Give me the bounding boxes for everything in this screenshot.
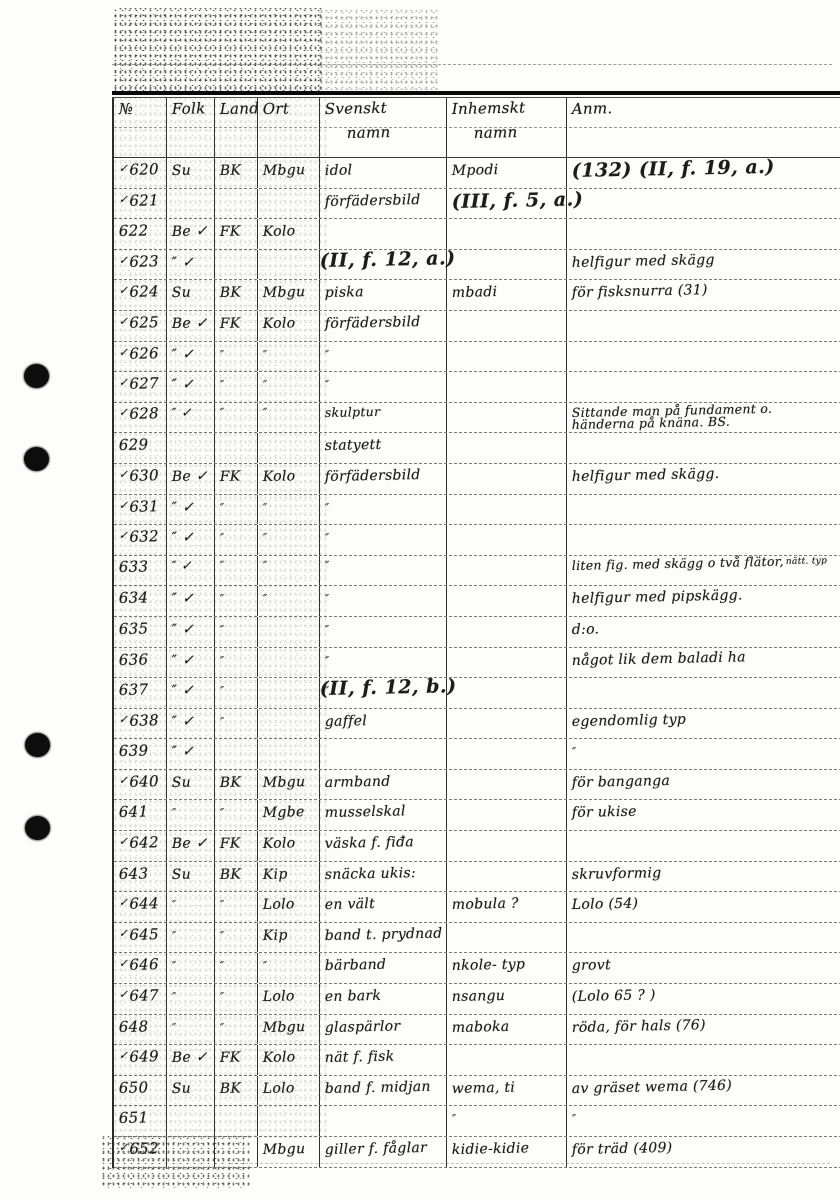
ort-text: Kip <box>263 866 288 883</box>
sv-cell: en bark <box>320 984 447 1014</box>
ort-text: Kolo <box>263 835 296 852</box>
sv-cell <box>320 219 447 249</box>
folk-text: ″ ✓ <box>172 377 195 393</box>
land-cell: FK <box>215 1045 258 1075</box>
folk-cell: ″ ✓ <box>167 648 215 678</box>
sv-cell: förfädersbild <box>320 311 447 341</box>
ort-text: Kolo <box>263 468 296 485</box>
folk-cell: Be ✓ <box>167 311 215 341</box>
ort-cell: Kip <box>258 923 320 953</box>
table-row-652: ✓652Mbgugiller f. fåglarkidie-kidieför t… <box>114 1137 840 1168</box>
anm-cell: ″ <box>567 1106 837 1136</box>
ort-cell <box>258 648 320 678</box>
sv-text: ″ <box>325 558 330 573</box>
item-number-cell: ✓620 <box>114 158 167 188</box>
inh-cell <box>447 342 567 372</box>
folk-cell: Be ✓ <box>167 831 215 861</box>
land-cell: ″ <box>215 556 258 586</box>
folk-cell: ″ <box>167 1015 215 1045</box>
item-number: 636 <box>119 650 149 669</box>
anm-text: (132) (II, f. 19, a.) <box>572 156 775 182</box>
sv-text: ″ <box>325 347 330 361</box>
land-text: ″ <box>220 959 225 973</box>
item-number: 626 <box>129 344 159 363</box>
item-number: 649 <box>129 1047 159 1066</box>
ort-text: ″ <box>263 531 268 545</box>
folk-cell: ″ ✓ <box>167 586 215 616</box>
table-row-635: 635″ ✓″″d:o. <box>114 617 840 648</box>
column-header-: № <box>114 98 167 157</box>
land-cell: ″ <box>215 953 258 983</box>
table-row-633: 633″ ✓″″″liten fig. med skägg o två flät… <box>114 556 840 587</box>
column-header-label: № <box>119 100 134 118</box>
folk-text: Be ✓ <box>172 315 208 332</box>
inh-cell <box>447 709 567 739</box>
checkmark-icon: ✓ <box>119 192 129 205</box>
item-number-cell: ✓624 <box>114 280 167 310</box>
table-body: ✓620SuBKMbguidolMpodi(132) (II, f. 19, a… <box>114 158 840 1168</box>
folk-cell: ″ <box>167 892 215 922</box>
land-cell: ″ <box>215 678 258 708</box>
land-cell: BK <box>215 862 258 892</box>
anm-text: skruvformig <box>572 865 662 883</box>
anm-cell <box>567 311 837 341</box>
checkmark-icon: ✓ <box>119 957 129 970</box>
sv-cell: väska f. fiđa <box>320 831 447 861</box>
table-row-640: ✓640SuBKMbguarmbandför banganga <box>114 770 840 801</box>
item-number: 639 <box>119 742 149 761</box>
anm-cell <box>567 525 837 555</box>
inh-cell <box>447 648 567 678</box>
item-number-cell: ✓638 <box>114 709 167 739</box>
ort-cell: Kolo <box>258 311 320 341</box>
sv-cell <box>320 1106 447 1136</box>
inh-text: nsangu <box>452 988 506 1005</box>
land-cell: ″ <box>215 372 258 402</box>
item-number: 623 <box>129 252 159 271</box>
folk-cell: ″ <box>167 800 215 830</box>
inh-text: kidie-kidie <box>452 1140 530 1158</box>
inh-cell <box>447 586 567 616</box>
scan-noise-top-right <box>318 10 438 90</box>
table-row-626: ✓626″ ✓″″″ <box>114 342 840 373</box>
ort-cell: Kip <box>258 862 320 892</box>
item-number-cell: 648 <box>114 1015 167 1045</box>
ort-text: ″ <box>263 500 268 514</box>
item-number-cell: ✓626 <box>114 342 167 372</box>
anm-cell <box>567 831 837 861</box>
item-number-cell: 635 <box>114 617 167 647</box>
ort-text: Mbgu <box>263 774 306 791</box>
inh-cell <box>447 923 567 953</box>
sv-cell: ″ <box>320 525 447 555</box>
ort-cell: Mgbe <box>258 800 320 830</box>
sv-cell: piska <box>320 280 447 310</box>
anm-cell <box>567 1045 837 1075</box>
anm-cell <box>567 219 837 249</box>
land-cell: ″ <box>215 709 258 739</box>
folk-text: ″ ✓ <box>172 621 195 637</box>
ort-cell: Kolo <box>258 219 320 249</box>
folk-cell: ″ ✓ <box>167 617 215 647</box>
folk-text: Su <box>172 163 192 179</box>
anm-cell: röda, för hals (76) <box>567 1015 837 1045</box>
anm-cell: grovt <box>567 953 837 983</box>
ort-cell <box>258 709 320 739</box>
anm-text: liten fig. med skägg o två flätor, <box>572 553 784 572</box>
land-cell <box>215 1137 258 1167</box>
folk-cell: Be ✓ <box>167 464 215 494</box>
item-number-cell: ✓640 <box>114 770 167 800</box>
column-header-label2: namn <box>347 122 443 142</box>
folk-text: Be ✓ <box>172 835 208 852</box>
sv-text: ″ <box>325 378 330 392</box>
column-header-label: Ort <box>263 99 290 118</box>
table-row-620: ✓620SuBKMbguidolMpodi(132) (II, f. 19, a… <box>114 158 840 189</box>
folk-cell: ″ ✓ <box>167 495 215 525</box>
sv-cell: förfädersbild <box>320 464 447 494</box>
checkmark-icon: ✓ <box>119 1141 129 1154</box>
item-number: 648 <box>119 1017 149 1036</box>
folk-cell: Su <box>167 1076 215 1106</box>
sv-cell: ″ <box>320 648 447 678</box>
anm-cell <box>567 189 837 219</box>
item-number: 638 <box>129 711 159 730</box>
folk-text: ″ <box>172 806 177 820</box>
folk-text: ″ ✓ <box>172 404 192 419</box>
anm-cell: egendomlig typ <box>567 709 837 739</box>
anm-text: grovt <box>572 958 611 975</box>
column-header-folk: Folk <box>167 98 215 157</box>
ort-text: Kip <box>263 927 288 944</box>
ort-text: Mbgu <box>263 1141 306 1158</box>
anm-text: för banganga <box>572 773 671 791</box>
ort-cell: ″ <box>258 556 320 586</box>
sv-text: band t. prydnad <box>325 925 443 943</box>
folk-cell: Be ✓ <box>167 219 215 249</box>
ort-text: Kolo <box>263 315 296 332</box>
inh-cell <box>447 770 567 800</box>
checkmark-icon: ✓ <box>119 468 129 481</box>
folk-cell: ″ ✓ <box>167 372 215 402</box>
sv-text: idol <box>325 162 353 179</box>
land-text: ″ <box>220 990 225 1004</box>
anm-text: helfigur med pipskägg. <box>572 588 743 608</box>
sv-cell: snäcka ukis: <box>320 862 447 892</box>
land-text: FK <box>220 316 241 332</box>
sv-cell: armband <box>320 770 447 800</box>
sv-text: ″ <box>325 592 330 606</box>
land-cell: FK <box>215 311 258 341</box>
item-number: 647 <box>129 986 159 1005</box>
land-text: ″ <box>220 347 225 361</box>
sv-text: ″ <box>325 653 330 667</box>
inh-cell: ″ <box>447 1106 567 1136</box>
inh-cell <box>447 617 567 647</box>
item-number-cell: ✓630 <box>114 464 167 494</box>
folk-text: ″ <box>172 929 177 943</box>
land-text: BK <box>220 285 242 301</box>
item-number: 628 <box>129 404 159 423</box>
land-text: ″ <box>220 653 225 667</box>
item-number-cell: ✓649 <box>114 1045 167 1075</box>
item-number-cell: 636 <box>114 648 167 678</box>
land-cell: ″ <box>215 525 258 555</box>
checkmark-icon: ✓ <box>119 988 129 1001</box>
item-number: 650 <box>119 1078 149 1097</box>
ort-text: Lolo <box>263 1080 295 1097</box>
ort-text: ″ <box>263 558 268 573</box>
sv-cell: bärband <box>320 953 447 983</box>
folk-text: ″ ✓ <box>172 713 195 729</box>
folk-cell: Su <box>167 158 215 188</box>
sv-text: en vält <box>325 896 376 913</box>
sv-cell: ″ <box>320 617 447 647</box>
ort-text: ″ <box>263 405 268 420</box>
anm-text: för träd (409) <box>572 1140 673 1158</box>
sv-cell: giller f. fåglar <box>320 1137 447 1167</box>
land-cell: ″ <box>215 495 258 525</box>
inh-cell: Mpodi <box>447 158 567 188</box>
folk-text: Su <box>172 866 192 882</box>
land-cell: ″ <box>215 892 258 922</box>
land-cell: ″ <box>215 984 258 1014</box>
folk-cell: ″ ✓ <box>167 403 215 433</box>
sv-text: förfädersbild <box>325 314 421 332</box>
table-row-646: ✓646″″″bärbandnkole- typgrovt <box>114 953 840 984</box>
land-text: FK <box>220 224 241 240</box>
folk-text: Su <box>172 1080 192 1096</box>
ort-cell: ″ <box>258 342 320 372</box>
ort-cell: ″ <box>258 953 320 983</box>
anm-cell: Lolo (54) <box>567 892 837 922</box>
sv-cell: idol <box>320 158 447 188</box>
punch-hole <box>24 447 49 471</box>
table-row-650: 650SuBKLoloband f. midjanwema, tiav gräs… <box>114 1076 840 1107</box>
folk-cell: ″ <box>167 923 215 953</box>
table-row-634: 634″ ✓″″″helfigur med pipskägg. <box>114 586 840 617</box>
inh-cell <box>447 525 567 555</box>
land-cell: FK <box>215 831 258 861</box>
checkmark-icon: ✓ <box>119 254 129 267</box>
folk-text: ″ <box>172 959 177 973</box>
ort-cell <box>258 1106 320 1136</box>
anm-text: egendomlig typ <box>572 711 687 729</box>
table-row-641: 641″″Mgbemusselskalför ukise <box>114 800 840 831</box>
table-top-border <box>112 91 840 95</box>
land-text: ″ <box>220 531 225 545</box>
folk-cell: ″ ✓ <box>167 342 215 372</box>
ort-cell <box>258 433 320 463</box>
table-row-625: ✓625Be ✓FKKoloförfädersbild <box>114 311 840 342</box>
folk-text: ″ <box>172 1021 177 1035</box>
sv-text: armband <box>325 774 391 791</box>
ort-cell: ″ <box>258 372 320 402</box>
anm-cell: för banganga <box>567 770 837 800</box>
table-row-631: ✓631″ ✓″″″ <box>114 495 840 526</box>
anm-cell: (132) (II, f. 19, a.) <box>567 158 837 188</box>
anm-text: d:o. <box>572 621 600 638</box>
folk-cell <box>167 1137 215 1167</box>
anm-cell: skruvformig <box>567 862 837 892</box>
ort-text: Mgbe <box>263 805 305 822</box>
anm-text: helfigur med skägg. <box>572 466 720 485</box>
land-text: ″ <box>220 806 225 820</box>
land-cell: FK <box>215 219 258 249</box>
folk-cell: ″ ✓ <box>167 739 215 769</box>
sv-cell: statyett <box>320 433 447 463</box>
land-cell: ″ <box>215 800 258 830</box>
anm-cell: Sittande man på fundament o.händerna på … <box>567 403 837 433</box>
item-number: 642 <box>129 833 159 852</box>
anm-text: (Lolo 65 ? ) <box>572 987 656 1005</box>
anm-text: för fisksnurra (31) <box>572 283 708 302</box>
ort-cell <box>258 739 320 769</box>
ort-cell: Mbgu <box>258 280 320 310</box>
land-text: ″ <box>220 898 225 912</box>
column-header-ort: Ort <box>258 98 320 157</box>
inh-text: wema, ti <box>452 1079 516 1096</box>
ort-text: Lolo <box>263 988 295 1005</box>
folk-cell <box>167 433 215 463</box>
inh-text: mbadi <box>452 284 498 301</box>
table-row-632: ✓632″ ✓″″″ <box>114 525 840 556</box>
table-row-629: 629statyett <box>114 433 840 464</box>
sv-cell: band t. prydnad <box>320 923 447 953</box>
punch-hole <box>25 733 50 757</box>
item-number-cell: ✓623 <box>114 250 167 280</box>
inh-cell: (III, f. 5, a.) <box>447 189 567 219</box>
ort-text: ″ <box>263 347 268 361</box>
folk-cell: Su <box>167 770 215 800</box>
inh-cell <box>447 219 567 249</box>
folk-text: ″ ✓ <box>172 652 195 668</box>
punch-hole <box>24 364 49 388</box>
ort-text: Lolo <box>263 897 295 914</box>
anm-cell: av gräset wema (746) <box>567 1076 837 1106</box>
inh-text: nkole- typ <box>452 957 526 975</box>
item-number: 622 <box>119 222 149 241</box>
column-header-label2: namn <box>474 122 563 142</box>
land-cell <box>215 739 258 769</box>
folk-text: Su <box>172 285 192 301</box>
sv-text: ″ <box>325 623 330 637</box>
folk-cell: ″ ✓ <box>167 525 215 555</box>
figure-reference-text: (II, f. 12, b.) <box>320 675 457 700</box>
anm-cell <box>567 433 837 463</box>
item-number: 635 <box>119 619 149 638</box>
anm-cell: (Lolo 65 ? ) <box>567 984 837 1014</box>
inh-cell: kidie-kidie <box>447 1137 567 1167</box>
item-number-cell: 622 <box>114 219 167 249</box>
sv-text: förfädersbild <box>325 467 421 485</box>
sv-cell: ″ <box>320 586 447 616</box>
table-row-642: ✓642Be ✓FKKoloväska f. fiđa <box>114 831 840 862</box>
folk-cell <box>167 1106 215 1136</box>
item-number-cell: 629 <box>114 433 167 463</box>
item-number: 625 <box>129 313 159 332</box>
column-header-inhemskt: Inhemsktnamn <box>447 98 567 157</box>
anm-cell: helfigur med pipskägg. <box>567 586 837 616</box>
sv-text: förfädersbild <box>325 192 421 210</box>
column-header-land: Land <box>215 98 258 157</box>
anm-cell <box>567 923 837 953</box>
anm-cell <box>567 495 837 525</box>
anm-text: ″ <box>572 745 577 759</box>
ort-cell: Kolo <box>258 464 320 494</box>
inh-cell <box>447 495 567 525</box>
sv-text: ″ <box>325 531 330 545</box>
item-number-cell: 641 <box>114 800 167 830</box>
inh-cell: nsangu <box>447 984 567 1014</box>
ort-cell: Mbgu <box>258 770 320 800</box>
ort-cell: ″ <box>258 495 320 525</box>
folk-cell: ″ <box>167 953 215 983</box>
checkmark-icon: ✓ <box>119 774 129 787</box>
folk-text: ″ ✓ <box>172 346 195 362</box>
land-text: ″ <box>220 623 225 637</box>
anm-superscript: nätt. typ <box>786 556 827 567</box>
ort-cell: Lolo <box>258 1076 320 1106</box>
land-cell: FK <box>215 464 258 494</box>
item-number: 631 <box>129 497 159 516</box>
item-number: 637 <box>119 680 149 699</box>
checkmark-icon: ✓ <box>119 896 129 909</box>
folk-text: ″ ✓ <box>172 557 192 572</box>
land-cell: BK <box>215 158 258 188</box>
inh-cell <box>447 800 567 830</box>
anm-text: av gräset wema (746) <box>572 1077 733 1096</box>
table-row-645: ✓645″″Kipband t. prydnad <box>114 923 840 954</box>
ort-text: ″ <box>263 592 268 606</box>
anm-cell <box>567 372 837 402</box>
column-header-label: Svenskt <box>325 99 388 118</box>
item-number: 629 <box>119 436 149 455</box>
ort-cell <box>258 678 320 708</box>
folk-text: Be ✓ <box>172 1049 208 1066</box>
folk-cell: ″ ✓ <box>167 709 215 739</box>
land-text: FK <box>220 836 241 852</box>
inh-cell <box>447 311 567 341</box>
anm-cell: d:o. <box>567 617 837 647</box>
land-cell: ″ <box>215 1015 258 1045</box>
ort-cell: Mbgu <box>258 1015 320 1045</box>
item-number: 651 <box>119 1109 149 1128</box>
ort-cell: Kolo <box>258 831 320 861</box>
catalog-table: №FolkLandOrtSvensktnamnInhemsktnamnAnm. … <box>112 98 840 1168</box>
anm-cell <box>567 678 837 708</box>
land-text: ″ <box>220 715 225 729</box>
anm-text: något lik dem baladi ha <box>572 649 746 669</box>
folk-cell: ″ <box>167 984 215 1014</box>
inh-cell <box>447 862 567 892</box>
folk-cell: ″ ✓ <box>167 250 215 280</box>
folk-cell: Su <box>167 280 215 310</box>
table-row-624: ✓624SuBKMbgupiskambadiför fisksnurra (31… <box>114 280 840 311</box>
folk-text: ″ ✓ <box>172 591 195 607</box>
folk-text: ″ <box>172 990 177 1004</box>
land-text: BK <box>220 1080 242 1096</box>
land-text: BK <box>220 163 242 179</box>
ort-cell: Mbgu <box>258 158 320 188</box>
ort-cell <box>258 189 320 219</box>
anm-cell: liten fig. med skägg o två flätor,nätt. … <box>567 556 837 586</box>
sv-text: gaffel <box>325 713 368 730</box>
ort-text: ″ <box>263 959 268 973</box>
sv-cell: ″ <box>320 556 447 586</box>
ort-text: Kolo <box>263 224 296 241</box>
checkmark-icon: ✓ <box>119 162 129 175</box>
